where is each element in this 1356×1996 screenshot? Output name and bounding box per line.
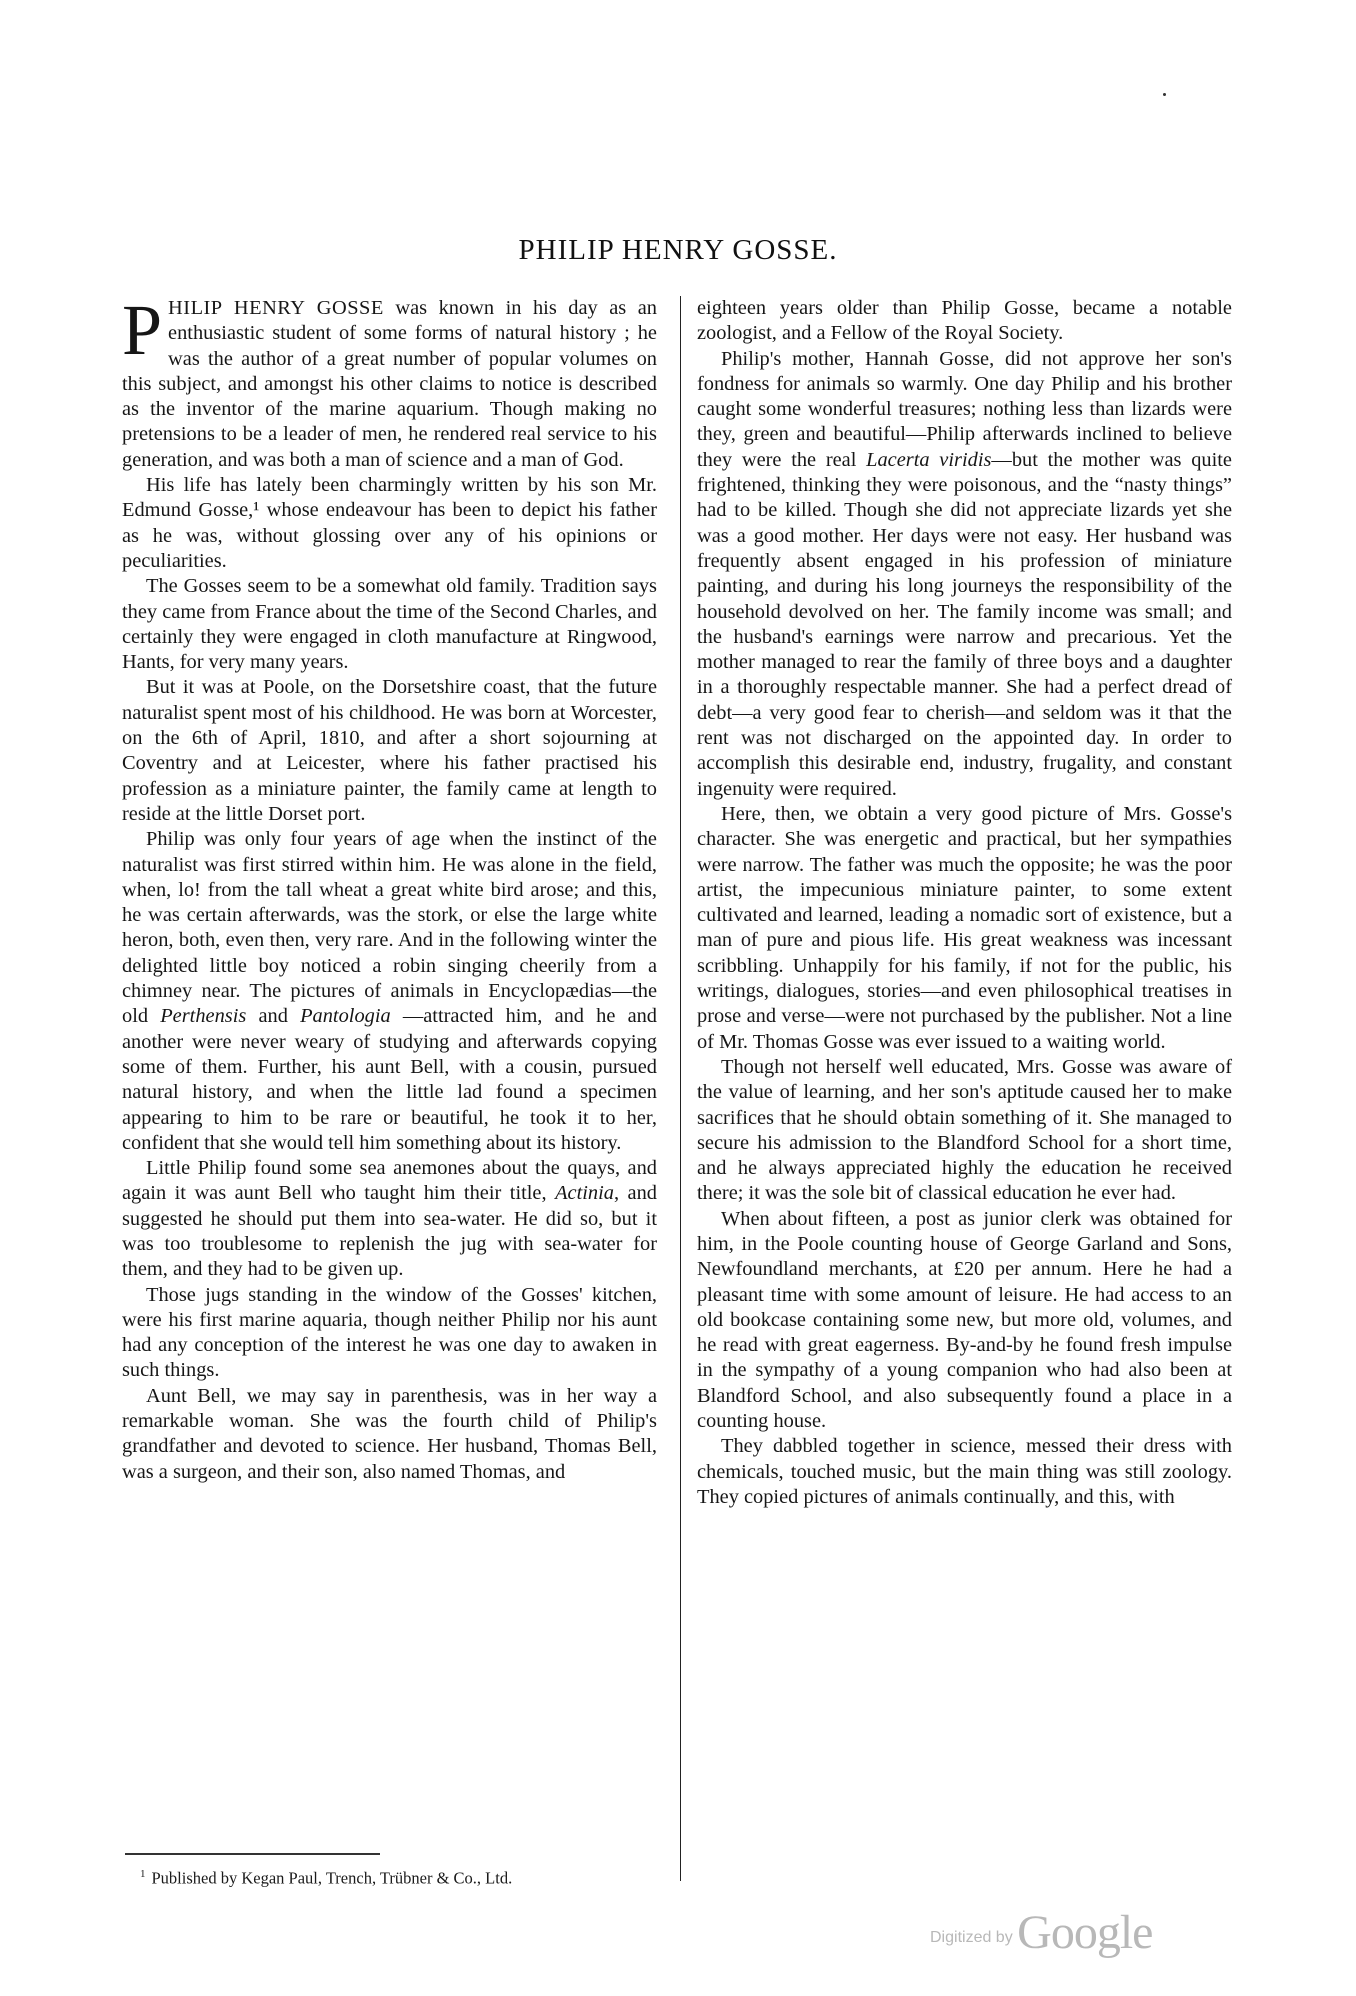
left-column: PHILIP HENRY GOSSE was known in his day … bbox=[122, 296, 657, 1485]
document-page: PHILIP HENRY GOSSE. PHILIP HENRY GOSSE w… bbox=[0, 0, 1356, 1996]
footnote-text: Published by Kegan Paul, Trench, Trübner… bbox=[152, 1869, 513, 1888]
footnote-marker: 1 bbox=[140, 1868, 146, 1880]
footnote: 1Published by Kegan Paul, Trench, Trübne… bbox=[140, 1868, 670, 1889]
footnote-rule bbox=[125, 1853, 380, 1855]
paragraph: Though not herself well educated, Mrs. G… bbox=[697, 1055, 1232, 1207]
paragraph: Philip was only four years of age when t… bbox=[122, 827, 657, 1156]
paragraph: Philip's mother, Hannah Gosse, did not a… bbox=[697, 347, 1232, 802]
paragraph: But it was at Poole, on the Dorsetshire … bbox=[122, 675, 657, 827]
drop-cap: P bbox=[122, 300, 162, 360]
paragraph: They dabbled together in science, messed… bbox=[697, 1434, 1232, 1510]
page-mark bbox=[1163, 93, 1166, 96]
paragraph: Little Philip found some sea anemones ab… bbox=[122, 1156, 657, 1282]
paragraph: His life has lately been charmingly writ… bbox=[122, 473, 657, 574]
italic-term: Lacerta viridis bbox=[866, 449, 991, 471]
column-divider bbox=[680, 296, 681, 1881]
paragraph: The Gosses seem to be a somewhat old fam… bbox=[122, 574, 657, 675]
google-logo: Google bbox=[1017, 1906, 1152, 1959]
right-column: eighteen years older than Philip Gosse, … bbox=[697, 296, 1232, 1510]
paragraph: Aunt Bell, we may say in parenthesis, wa… bbox=[122, 1384, 657, 1485]
paragraph: Those jugs standing in the window of the… bbox=[122, 1283, 657, 1384]
italic-term: Pantologia bbox=[300, 1005, 391, 1027]
italic-term: Perthensis bbox=[160, 1005, 246, 1027]
paragraph: PHILIP HENRY GOSSE was known in his day … bbox=[122, 296, 657, 473]
paragraph: Here, then, we obtain a very good pictur… bbox=[697, 802, 1232, 1055]
article-title: PHILIP HENRY GOSSE. bbox=[0, 234, 1356, 267]
paragraph: eighteen years older than Philip Gosse, … bbox=[697, 296, 1232, 347]
paragraph: When about fifteen, a post as junior cle… bbox=[697, 1207, 1232, 1435]
digitized-watermark: Digitized by Google bbox=[930, 1905, 1152, 1960]
lead-caps: HILIP HENRY GOSSE bbox=[168, 297, 384, 319]
italic-term: Actinia bbox=[555, 1182, 614, 1204]
